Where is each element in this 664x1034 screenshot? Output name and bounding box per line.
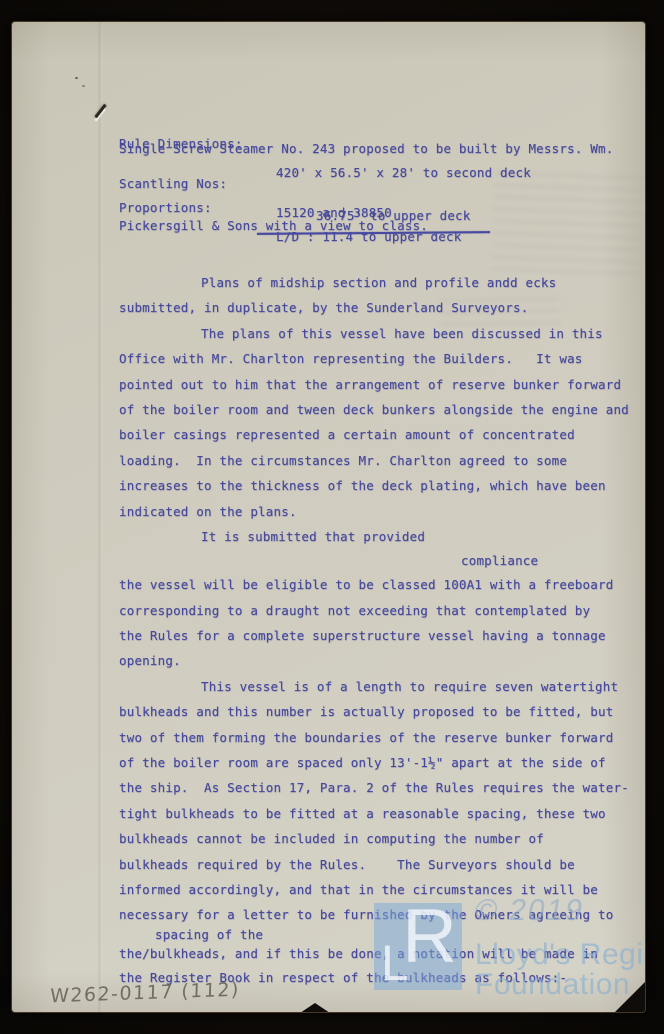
text-line: two of them forming the boundaries of th… bbox=[119, 725, 634, 750]
text-line: This vessel is of a length to require se… bbox=[119, 674, 634, 699]
text-line: boiler casings represented a certain amo… bbox=[119, 422, 634, 447]
field-proportions: Proportions: L/D : 11.4 to upper deck bbox=[119, 201, 461, 274]
text-line: the vessel will be eligible to be classe… bbox=[119, 572, 634, 597]
text-line: increases to the thickness of the deck p… bbox=[119, 473, 634, 498]
text-line: corresponding to a draught not exceeding… bbox=[119, 598, 634, 623]
text-line: of the boiler room and tween deck bunker… bbox=[119, 397, 634, 422]
archive-reference-handwritten: W262-0117 (112) bbox=[50, 979, 241, 1008]
field-value: L/D : 11.4 to upper deck bbox=[276, 201, 461, 274]
paper-crease bbox=[98, 22, 101, 1012]
text-line: The plans of this vessel have been discu… bbox=[119, 321, 634, 346]
text-line: tight bulkheads to be fitted at a reason… bbox=[119, 801, 634, 826]
text-line: It is submitted that provided bbox=[119, 524, 634, 549]
text-line: opening. bbox=[119, 648, 634, 673]
text-line: Plans of midship section and profile and… bbox=[119, 270, 634, 295]
text-line: informed accordingly, and that in the ci… bbox=[119, 877, 634, 902]
text-line: compliance bbox=[119, 549, 634, 572]
document-page: Single Screw Steamer No. 243 proposed to… bbox=[12, 22, 645, 1012]
text-line: the Rules for a complete superstructure … bbox=[119, 623, 634, 648]
text-line: submitted, in duplicate, by the Sunderla… bbox=[119, 295, 634, 320]
paper-edge-notch bbox=[300, 1003, 330, 1012]
paper-speckle bbox=[75, 77, 78, 79]
body-text: Plans of midship section and profile and… bbox=[119, 270, 634, 990]
text-line: indicated on the plans. bbox=[119, 499, 634, 524]
text-line: bulkheads and this number is actually pr… bbox=[119, 699, 634, 724]
text-line: pointed out to him that the arrangement … bbox=[119, 372, 634, 397]
text-line: Office with Mr. Charlton representing th… bbox=[119, 346, 634, 371]
text-line: bulkheads cannot be included in computin… bbox=[119, 826, 634, 851]
text-line: spacing of the bbox=[119, 928, 634, 942]
paper-speckle bbox=[82, 85, 85, 87]
field-label: Proportions: bbox=[119, 201, 276, 274]
text-line: necessary for a letter to be furnished b… bbox=[119, 902, 634, 927]
text-line: of the boiler room are spaced only 13'-1… bbox=[119, 750, 634, 775]
text-line: loading. In the circumstances Mr. Charlt… bbox=[119, 448, 634, 473]
text-line: the ship. As Section 17, Para. 2 of the … bbox=[119, 775, 634, 800]
text-line: bulkheads required by the Rules. The Sur… bbox=[119, 852, 634, 877]
paper-corner-fold bbox=[614, 981, 645, 1012]
text-line: the/bulkheads, and if this be done, a no… bbox=[119, 942, 634, 965]
